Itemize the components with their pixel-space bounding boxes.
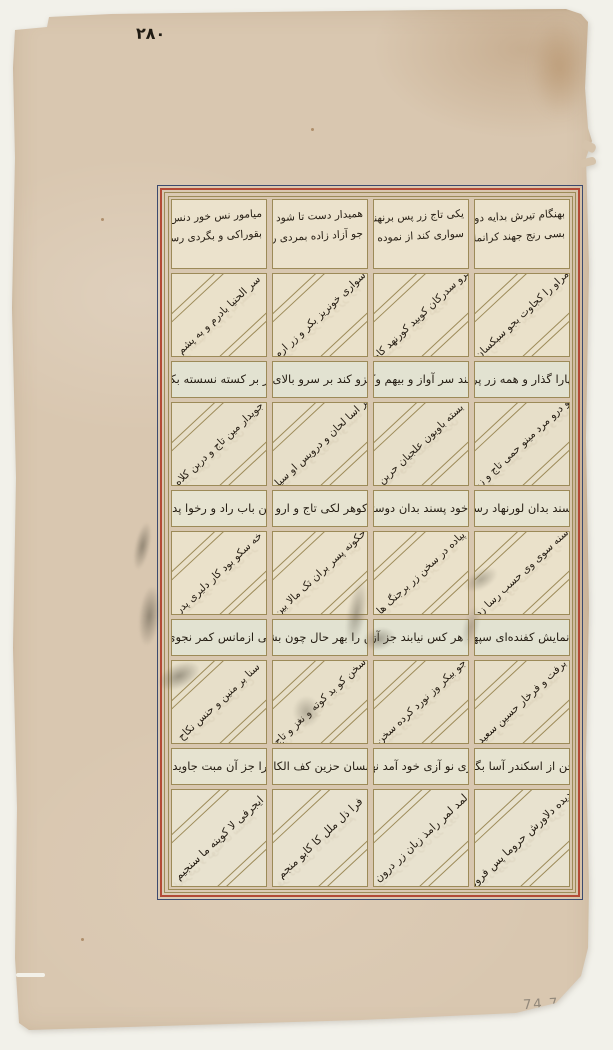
- header-line: جو آزاد زاده بمردی رسد: [276, 226, 363, 247]
- cell-text: بسته باویون علجیان حربن: [375, 402, 465, 486]
- line-cell: نماخود پسند بدان دوستان: [373, 490, 469, 527]
- header-line: همیدار دست تا شود چه: [276, 205, 363, 226]
- cell-text: سخن را بهر حال چون بشنوی: [272, 630, 368, 644]
- text-block-frame-red: بهنگام تیرش بدایه دودبسی رنج جهند کرانما…: [160, 188, 580, 897]
- header-cell: یکی تاج زر پس برنهندسواری کند از نموده ب…: [373, 199, 469, 269]
- header-line: یکی تاج زر پس برنهند: [377, 205, 464, 226]
- diagonal-cell: برفت و فرخار حسین سعیدبرفت و فرخار حسین …: [474, 660, 570, 744]
- cell-text: نباسند بدان لورنهاد رسان: [474, 501, 570, 515]
- cell-text: خه سکو بود کار دلیری پدر: [173, 531, 264, 615]
- cell-text: جو بیکر وز نورد کرده سخن: [373, 660, 468, 744]
- diagonal-cell: بر اسا لحان و درویس او سیاهبر اسا لحان و…: [272, 402, 368, 486]
- line-cell: جو بیزو کند بر سرو بالای شاخ: [272, 361, 368, 398]
- text-column-2: یکی تاج زر پس برنهندسواری کند از نموده ب…: [373, 199, 469, 887]
- cell-text: جهارا گذار و همه زر پری: [474, 372, 570, 386]
- cell-text: سنا بر منین و حنس نکاح: [175, 661, 262, 743]
- cell-text: مداری نو آزی خود آمد نهفت: [373, 759, 469, 773]
- cell-text: بر اسا لحان و درویس او سیاه: [272, 402, 368, 486]
- manuscript-page: ۲۸۰ بهنگام تیرش بدایه دودبسی رنج جهند کر…: [11, 8, 593, 1033]
- fox-spot: [81, 938, 84, 941]
- cell-text: مراو را کجاوت بجو سبکسان: [474, 273, 570, 357]
- line-cell: سخن از اسکندر آسا بگفت: [474, 748, 570, 785]
- line-cell: نباسند بدان لورنهاد رسان: [474, 490, 570, 527]
- cell-text: که هر کس نیابند جز آزار: [373, 630, 469, 644]
- line-cell: کارا جز آن مبت جاویدان: [171, 748, 267, 785]
- text-block-grid: بهنگام تیرش بدایه دودبسی رنج جهند کرانما…: [168, 196, 573, 890]
- header-line: بقوراکی و بگردی رسد: [175, 226, 262, 247]
- paper-stain: [531, 18, 589, 118]
- diagonal-cell: سر الحنیا بادرم و به پشمسر الحنیا بادرم …: [171, 273, 267, 357]
- cell-text: قرو سدرکان کوبید کورنهد کان: [373, 273, 469, 357]
- text-block-frame-gold: بهنگام تیرش بدایه دودبسی رنج جهند کرانما…: [164, 192, 576, 893]
- diagonal-cell: پیاده در سخن زر برجنگ هاپیاده در سخن زر …: [373, 531, 469, 615]
- diagonal-cell: بدیده دلاورش حروما پس فرودبدیده دلاورش ح…: [474, 789, 570, 887]
- cell-text: ایجرفی لا کوینه ما سنجیم: [171, 793, 265, 882]
- diagonal-cell: قرو سدرکان کوبید کورنهد کانقرو سدرکان کو…: [373, 273, 469, 357]
- text-column-4: میامور نس خور دنس بربقوراکی و بگردی رسدس…: [171, 199, 267, 887]
- cell-text: ز کوهر لکی تاج و ارو بر: [272, 501, 368, 515]
- line-cell: سخن را بهر حال چون بشنوی: [272, 619, 368, 656]
- folio-number: ۲۸۰: [136, 24, 166, 44]
- diagonal-cell: سنه سوی وی حسب رسا زدسنه سوی وی حسب رسا …: [474, 531, 570, 615]
- diagonal-cell: سخن کو بد کوته و نغز و تاجسخن کو بد کوته…: [272, 660, 368, 744]
- cell-text: جویدار مین تاج و دربن کلاه: [172, 402, 266, 486]
- cell-text: پیاده در سخن زر برجنگ ها: [374, 531, 467, 615]
- cell-text: نماخود پسند بدان دوستان: [373, 501, 469, 515]
- line-cell: بدر بر کسته نسسته بکاخ: [171, 361, 267, 398]
- cell-text: سخن از اسکندر آسا بگفت: [474, 759, 570, 773]
- cell-text: حکونه پسر بران تک مالا بین: [272, 531, 368, 615]
- header-line: بسی رنج جهند کرانمایه مرد: [478, 226, 565, 247]
- fox-spot: [101, 218, 104, 221]
- cell-text: بدینسان حزین کف الکار با: [272, 759, 368, 773]
- cell-text: برفت و فرخار حسین سعید: [474, 660, 568, 744]
- cell-text: بدیده دلاورش حروما پس فرود: [474, 789, 570, 887]
- manuscript-photo: ۲۸۰ بهنگام تیرش بدایه دودبسی رنج جهند کر…: [11, 8, 593, 1038]
- diagonal-cell: فرا ذل ملل کا کابو منجمفرا ذل ملل کا کاب…: [272, 789, 368, 887]
- header-cell: میامور نس خور دنس بربقوراکی و بگردی رسد: [171, 199, 267, 269]
- cell-text: سر الحنیا بادرم و به پشم: [175, 273, 263, 356]
- diagonal-cell: خو درو مرد مینو حمی تاج و زینخو درو مرد …: [474, 402, 570, 486]
- cell-text: ببایند سر آواز و بیهم وکی: [373, 372, 469, 386]
- header-cell: همیدار دست تا شود چهجو آزاد زاده بمردی ر…: [272, 199, 368, 269]
- header-line: بهنگام تیرش بدایه دود: [478, 205, 565, 226]
- paper-tear-slit: [16, 973, 45, 977]
- fox-spot: [311, 128, 314, 131]
- cell-text: بدر بر کسته نسسته بکاخ: [171, 372, 267, 386]
- header-line: میامور نس خور دنس بر: [175, 205, 262, 226]
- ink-smudge: [130, 521, 155, 571]
- cell-text: سنه سوی وی حسب رسا زد: [474, 531, 570, 615]
- diagonal-cell: جویدار مین تاج و دربن کلاهجویدار مین تاج…: [171, 402, 267, 486]
- line-cell: بی ازمانس کمر نجوی: [171, 619, 267, 656]
- text-block-frame-blue: بهنگام تیرش بدایه دودبسی رنج جهند کرانما…: [157, 185, 583, 900]
- header-line: سواری کند از نموده بنژاد: [377, 226, 464, 247]
- diagonal-cell: بسته باویون علجیان حربنبسته باویون علجیا…: [373, 402, 469, 486]
- header-cell: بهنگام تیرش بدایه دودبسی رنج جهند کرانما…: [474, 199, 570, 269]
- text-column-1: بهنگام تیرش بدایه دودبسی رنج جهند کرانما…: [474, 199, 570, 887]
- accession-number: 74.78: [523, 995, 570, 1013]
- line-cell: کرانمایش کفنده‌ای سپهدار: [474, 619, 570, 656]
- line-cell: که هر کس نیابند جز آزار: [373, 619, 469, 656]
- cell-text: فرا ذل ملل کا کابو منجم: [274, 794, 365, 880]
- cell-text: بی ازمانس کمر نجوی: [171, 630, 267, 644]
- cell-text: کارا جز آن مبت جاویدان: [171, 759, 267, 773]
- cell-text: خو درو مرد مینو حمی تاج و زین: [474, 402, 570, 486]
- line-cell: جهارا گذار و همه زر پری: [474, 361, 570, 398]
- line-cell: ببایند سر آواز و بیهم وکی: [373, 361, 469, 398]
- diagonal-cell: مراو را کجاوت بجو سبکسانمراو را کجاوت بج…: [474, 273, 570, 357]
- diagonal-cell: لمد لمر رامذ زبان زر درونلمد لمر رامذ زب…: [373, 789, 469, 887]
- diagonal-cell: جو بیکر وز نورد کرده سخنجو بیکر وز نورد …: [373, 660, 469, 744]
- line-cell: تن باب راد و رخوا پدر: [171, 490, 267, 527]
- diagonal-cell: سنا بر منین و حنس نکاحسنا بر منین و حنس …: [171, 660, 267, 744]
- diagonal-cell: خه سکو بود کار دلیری پدرخه سکو بود کار د…: [171, 531, 267, 615]
- diagonal-cell: سواری خونریز بکر و زر ارمسواری خونریز بک…: [272, 273, 368, 357]
- diagonal-cell: حکونه پسر بران تک مالا بینحکونه پسر بران…: [272, 531, 368, 615]
- cell-text: لمد لمر رامذ زبان زر درون: [373, 791, 469, 884]
- line-cell: مداری نو آزی خود آمد نهفت: [373, 748, 469, 785]
- cell-text: کرانمایش کفنده‌ای سپهدار: [474, 630, 570, 644]
- cell-text: جو بیزو کند بر سرو بالای شاخ: [272, 372, 368, 386]
- line-cell: بدینسان حزین کف الکار با: [272, 748, 368, 785]
- cell-text: سواری خونریز بکر و زر ارم: [272, 273, 368, 357]
- cell-text: تن باب راد و رخوا پدر: [171, 501, 267, 515]
- text-column-3: همیدار دست تا شود چهجو آزاد زاده بمردی ر…: [272, 199, 368, 887]
- line-cell: ز کوهر لکی تاج و ارو بر: [272, 490, 368, 527]
- cell-text: سخن کو بد کوته و نغز و تاج: [272, 660, 368, 744]
- diagonal-cell: ایجرفی لا کوینه ما سنجیمایجرفی لا کوینه …: [171, 789, 267, 887]
